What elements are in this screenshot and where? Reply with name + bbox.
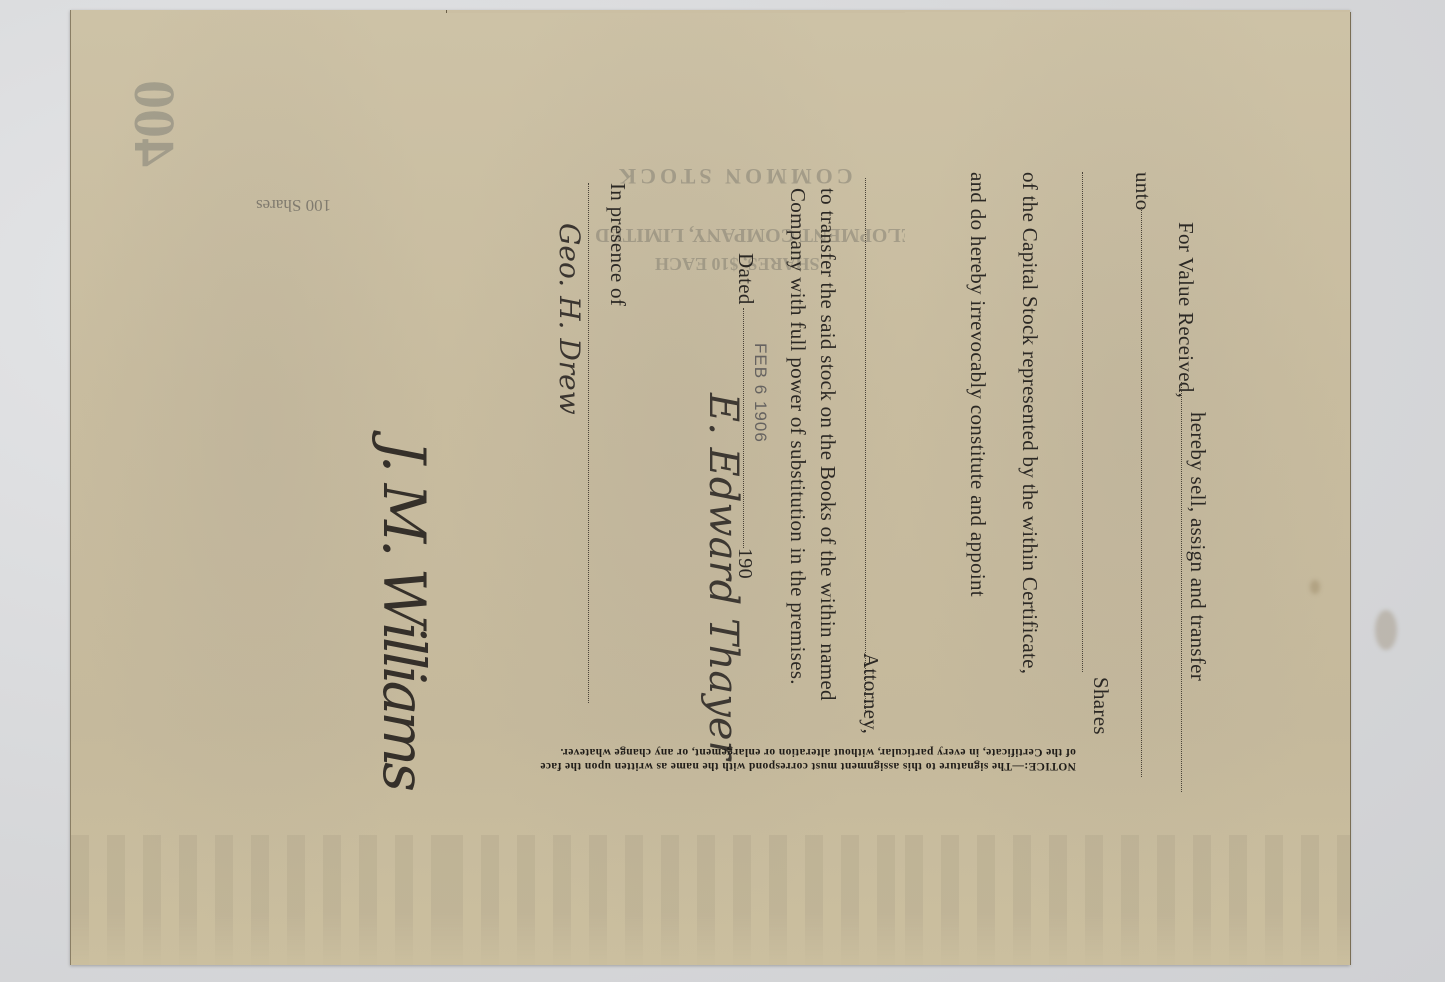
large-signature: J. M. Williams xyxy=(370,440,438,788)
attorney-line xyxy=(865,178,866,713)
witness-label: In presence of xyxy=(605,183,630,306)
sell-assign-transfer: hereby sell, assign and transfer xyxy=(1185,412,1210,681)
witness-signature: Geo. H. Drew xyxy=(553,223,586,415)
witness-line xyxy=(588,183,589,703)
assignor-name-line xyxy=(1181,382,1182,792)
date-stamp: FEB 6 1906 xyxy=(750,343,770,443)
notice-block: NOTICE:—The signature to this assignment… xyxy=(540,745,1076,773)
notice-line-2: of the Certificate, in every particular,… xyxy=(540,745,1076,759)
attorney-label: Attorney, xyxy=(858,653,883,734)
paper-stain xyxy=(1375,610,1397,650)
assignee-line xyxy=(1141,207,1142,777)
paper-stain xyxy=(1310,580,1320,594)
right-fold-panel: For Value Received, hereby sell, assign … xyxy=(905,12,1351,965)
capital-stock-line: of the Capital Stock represented by the … xyxy=(1017,172,1042,674)
certificate-sheet: 400 100 Shares COMMON STOCK AND DEVELOPM… xyxy=(70,10,1350,965)
assignment-line-company: Company with full power of substitution … xyxy=(785,188,810,685)
unto-label: unto xyxy=(1130,172,1155,211)
constitute-appoint-line: and do hereby irrevocably constitute and… xyxy=(965,172,990,597)
shares-label: Shares xyxy=(1088,677,1113,735)
middle-fold-panel: COMMON STOCK AND DEVELOPMENT COMPANY, LI… xyxy=(445,13,906,965)
ghost-shares-count: 100 Shares xyxy=(256,195,331,215)
dated-label: Dated xyxy=(733,253,758,305)
for-value-received: For Value Received, xyxy=(1173,222,1198,398)
ghost-heading: COMMON STOCK xyxy=(615,163,853,189)
notice-line-1: NOTICE:—The signature to this assignment… xyxy=(540,759,1076,773)
shares-line xyxy=(1082,172,1083,672)
assignor-signature: E. Edward Thayer xyxy=(700,393,746,760)
assignment-line-transfer: to transfer the said stock on the Books … xyxy=(815,188,840,701)
ghost-certificate-number: 400 xyxy=(121,80,188,167)
